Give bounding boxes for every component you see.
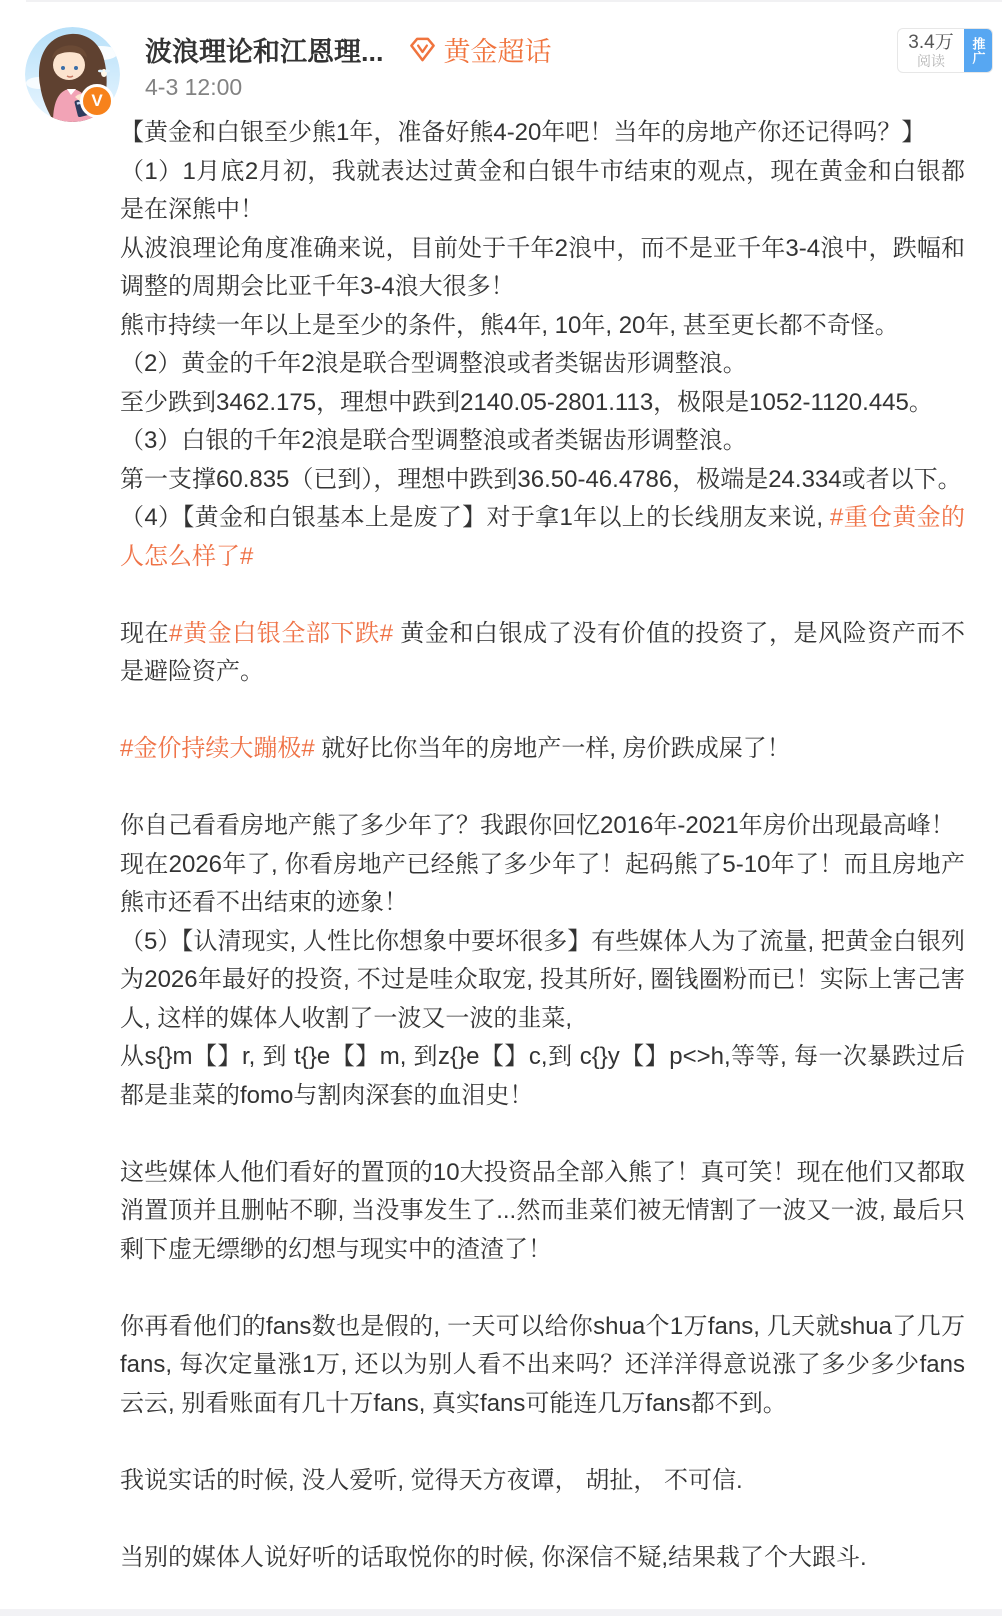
supertopic-label: 黄金超话	[444, 30, 552, 69]
post-paragraph: 你再看他们的fans数也是假的, 一天可以给你shua个1万fans, 几天就s…	[120, 1308, 965, 1424]
post-paragraph: 你自己看看房地产熊了多少年了？我跟你回忆2016年-2021年房价出现最高峰！	[120, 807, 965, 846]
hashtag-link[interactable]: #金价持续大蹦极#	[120, 735, 315, 762]
post-paragraph: 从s{}m【】r, 到 t{}e【】m, 到z{}e【】c,到 c{}y【】p<…	[120, 1038, 965, 1115]
hashtag-link[interactable]: #黄金白银全部下跌#	[169, 620, 393, 647]
post-paragraph: 现在#黄金白银全部下跌# 黄金和白银成了没有价值的投资了，是风险资产而不是避险资…	[120, 615, 965, 692]
verified-v-badge-icon: V	[80, 84, 114, 118]
post-paragraph: #金价持续大蹦极# 就好比你当年的房地产一样, 房价跌成屎了！	[120, 730, 965, 769]
post-paragraph-blank	[120, 1423, 965, 1462]
paragraph-text: 我说实话的时候, 没人爱听, 觉得天方夜谭， 胡扯， 不可信.	[120, 1467, 743, 1494]
post-paragraph: （2）黄金的千年2浪是联合型调整浪或者类锯齿形调整浪。	[120, 345, 965, 384]
post-paragraph: （3）白银的千年2浪是联合型调整浪或者类锯齿形调整浪。	[120, 422, 965, 461]
post-paragraph: 现在2026年了, 你看房地产已经熊了多少年了！起码熊了5-10年了！而且房地产…	[120, 846, 965, 923]
post-paragraph: （4）【黄金和白银基本上是废了】对于拿1年以上的长线朋友来说, #重仓黄金的人怎…	[120, 499, 965, 576]
post-body: 【黄金和白银至少熊1年，准备好熊4-20年吧！当年的房地产你还记得吗？】（1）1…	[120, 114, 965, 1577]
supertopic-gem-icon	[408, 35, 437, 64]
paragraph-text: 现在2026年了, 你看房地产已经熊了多少年了！起码熊了5-10年了！而且房地产…	[120, 851, 965, 917]
paragraph-text: 现在	[120, 620, 169, 647]
paragraph-text: （4）【黄金和白银基本上是废了】对于拿1年以上的长线朋友来说,	[120, 504, 830, 531]
paragraph-text: 你自己看看房地产熊了多少年了？我跟你回忆2016年-2021年房价出现最高峰！	[120, 812, 955, 839]
paragraph-text: 就好比你当年的房地产一样, 房价跌成屎了！	[315, 735, 791, 762]
post-paragraph-blank	[120, 576, 965, 615]
verified-letter: V	[91, 91, 102, 111]
post-paragraph-blank	[120, 1500, 965, 1539]
paragraph-text: 第一支撑60.835（已到），理想中跌到36.50-46.4786，极端是24.…	[120, 466, 962, 493]
paragraph-text: 这些媒体人他们看好的置顶的10大投资品全部入熊了！真可笑！现在他们又都取消置顶并…	[120, 1159, 965, 1263]
bottom-divider	[0, 1609, 1002, 1616]
post-paragraph-blank	[120, 769, 965, 808]
paragraph-text: 从波浪理论角度准确来说，目前处于千年2浪中，而不是亚千年3-4浪中，跌幅和调整的…	[120, 235, 965, 301]
paragraph-text: （1）1月底2月初，我就表达过黄金和白银牛市结束的观点，现在黄金和白银都是在深熊…	[120, 158, 965, 224]
post-paragraph-blank	[120, 1269, 965, 1308]
post-paragraph: 我说实话的时候, 没人爱听, 觉得天方夜谭， 胡扯， 不可信.	[120, 1462, 965, 1501]
paragraph-text: （3）白银的千年2浪是联合型调整浪或者类锯齿形调整浪。	[120, 427, 747, 454]
post-paragraph: 第一支撑60.835（已到），理想中跌到36.50-46.4786，极端是24.…	[120, 461, 965, 500]
read-promote-widget: 3.4万 阅读 推广	[897, 28, 993, 73]
avatar[interactable]: V	[25, 27, 120, 122]
weibo-post-card: V 波浪理论和江恩理... 黄金超话 4-3 12:00 3.4万 阅读 推广 …	[0, 0, 1002, 1616]
read-count-block: 3.4万 阅读	[898, 29, 964, 72]
paragraph-text: 你再看他们的fans数也是假的, 一天可以给你shua个1万fans, 几天就s…	[120, 1313, 965, 1417]
post-paragraph: 熊市持续一年以上是至少的条件，熊4年, 10年, 20年, 甚至更长都不奇怪。	[120, 307, 965, 346]
paragraph-text: （2）黄金的千年2浪是联合型调整浪或者类锯齿形调整浪。	[120, 350, 747, 377]
paragraph-text: 当别的媒体人说好听的话取悦你的时候, 你深信不疑,结果栽了个大跟斗.	[120, 1544, 867, 1571]
post-paragraph: （1）1月底2月初，我就表达过黄金和白银牛市结束的观点，现在黄金和白银都是在深熊…	[120, 153, 965, 230]
read-label: 阅读	[917, 53, 945, 69]
top-divider	[26, 0, 1002, 2]
promote-button[interactable]: 推广	[964, 29, 992, 72]
post-paragraph-blank	[120, 692, 965, 731]
post-paragraph: 从波浪理论角度准确来说，目前处于千年2浪中，而不是亚千年3-4浪中，跌幅和调整的…	[120, 230, 965, 307]
paragraph-text: 【黄金和白银至少熊1年，准备好熊4-20年吧！当年的房地产你还记得吗？】	[120, 119, 925, 146]
paragraph-text: 熊市持续一年以上是至少的条件，熊4年, 10年, 20年, 甚至更长都不奇怪。	[120, 312, 899, 339]
post-paragraph-blank	[120, 1115, 965, 1154]
read-count: 3.4万	[908, 32, 953, 53]
post-paragraph: 这些媒体人他们看好的置顶的10大投资品全部入熊了！真可笑！现在他们又都取消置顶并…	[120, 1154, 965, 1270]
supertopic-link[interactable]: 黄金超话	[408, 30, 552, 69]
post-paragraph: 【黄金和白银至少熊1年，准备好熊4-20年吧！当年的房地产你还记得吗？】	[120, 114, 965, 153]
header-name-row: 波浪理论和江恩理... 黄金超话	[145, 28, 552, 70]
post-paragraph: 至少跌到3462.175，理想中跌到2140.05-2801.113，极限是10…	[120, 384, 965, 423]
post-paragraph: （5）【认清现实, 人性比你想象中要坏很多】有些媒体人为了流量, 把黄金白银列为…	[120, 923, 965, 1039]
paragraph-text: （5）【认清现实, 人性比你想象中要坏很多】有些媒体人为了流量, 把黄金白银列为…	[120, 928, 965, 1032]
post-paragraph: 当别的媒体人说好听的话取悦你的时候, 你深信不疑,结果栽了个大跟斗.	[120, 1539, 965, 1578]
post-timestamp: 4-3 12:00	[145, 74, 242, 101]
username-link[interactable]: 波浪理论和江恩理...	[145, 30, 384, 69]
paragraph-text: 从s{}m【】r, 到 t{}e【】m, 到z{}e【】c,到 c{}y【】p<…	[120, 1043, 965, 1109]
paragraph-text: 至少跌到3462.175，理想中跌到2140.05-2801.113，极限是10…	[120, 389, 933, 416]
